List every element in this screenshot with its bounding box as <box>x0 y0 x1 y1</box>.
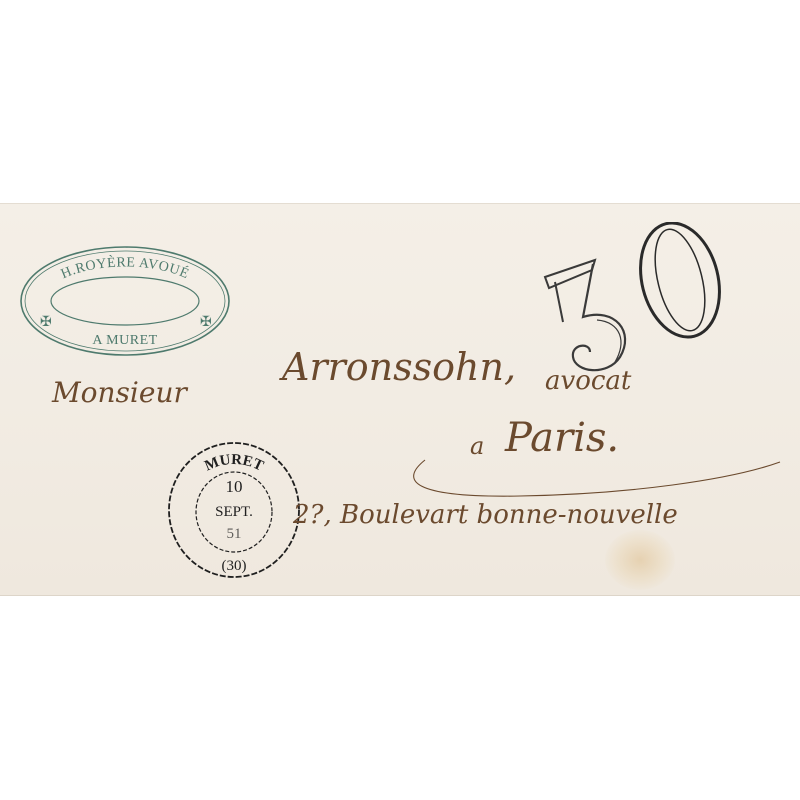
underline-flourish <box>400 430 790 510</box>
tax-numeral-30 <box>535 222 735 382</box>
postmark-department: (30) <box>222 558 247 574</box>
cachet-ornament-right: ✠ <box>200 315 212 330</box>
postmark-town: MURET <box>202 452 265 475</box>
address-recipient-name: Arronssohn, <box>282 345 516 389</box>
cachet-top-text: H.ROYÈRE AVOUÉ <box>59 254 192 283</box>
sender-oval-cachet: H.ROYÈRE AVOUÉ A MURET ✠ ✠ <box>18 244 232 358</box>
address-street: 2?, Boulevart bonne-nouvelle <box>293 500 678 530</box>
cachet-bottom-text: A MURET <box>92 333 157 348</box>
address-profession: avocat <box>545 366 631 396</box>
postmark-day: 10 <box>226 477 243 496</box>
postmark-year: 51 <box>227 526 242 542</box>
address-salutation: Monsieur <box>52 376 187 409</box>
foxing-stain <box>605 530 675 590</box>
postage-due-tax-marking <box>535 222 735 382</box>
circular-date-postmark: MURET 10 SEPT. 51 (30) <box>166 440 302 580</box>
cachet-ornament-left: ✠ <box>40 315 52 330</box>
postmark-month: SEPT. <box>215 504 253 520</box>
